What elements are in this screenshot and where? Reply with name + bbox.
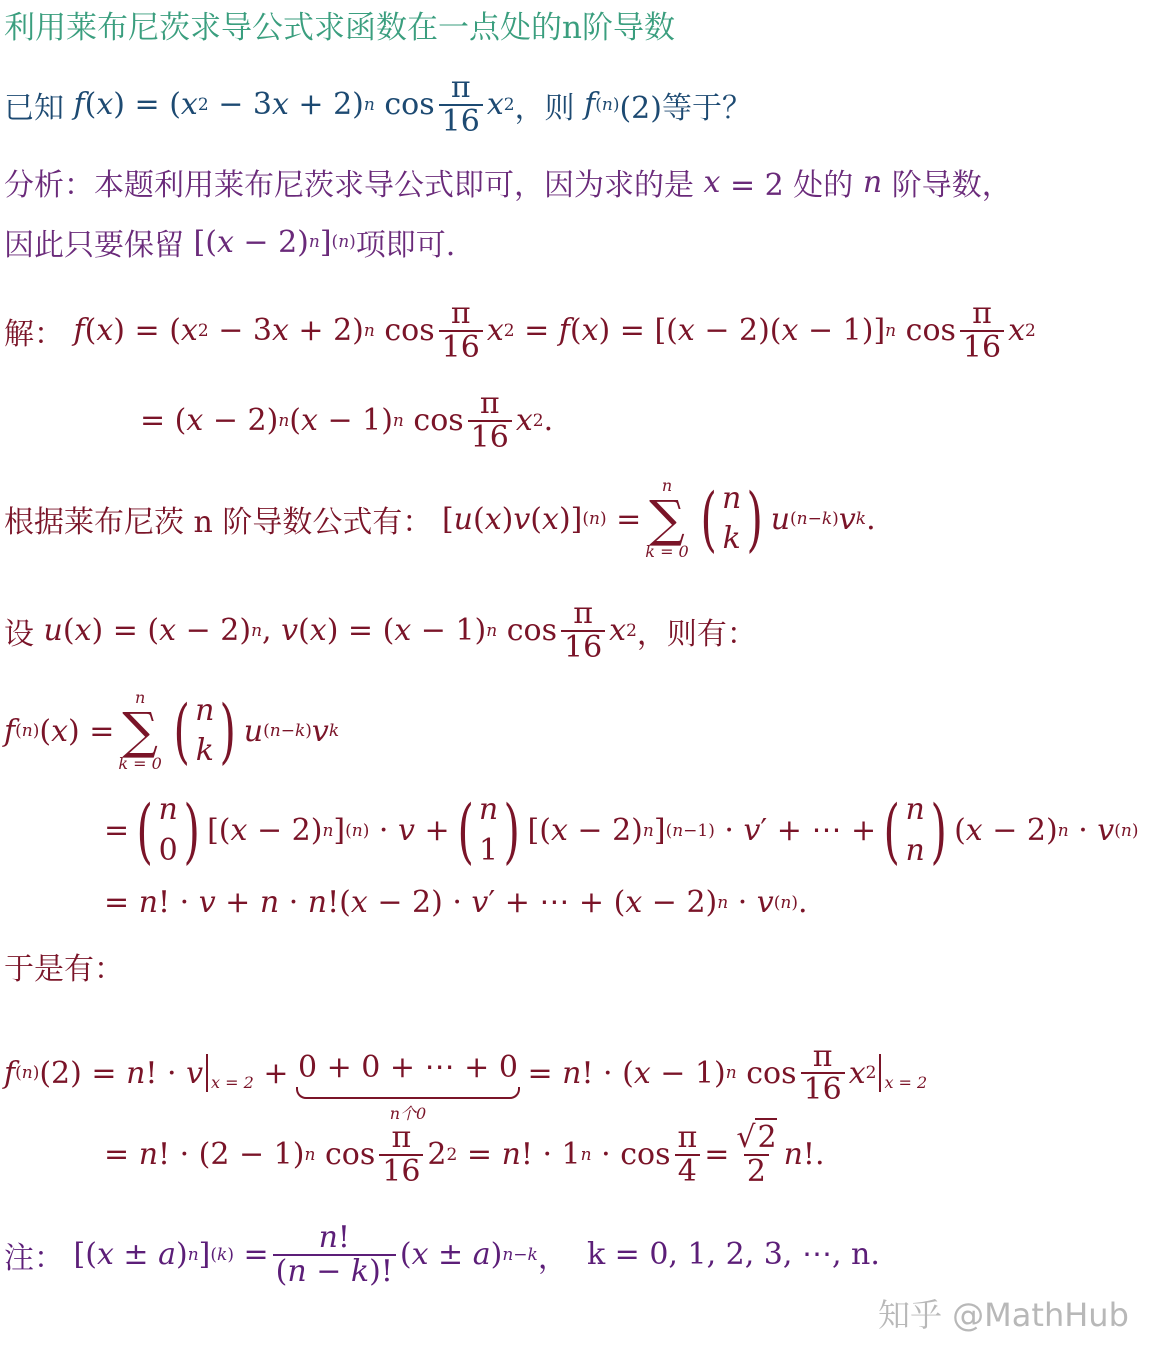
- solution-label: 解：: [4, 309, 64, 353]
- leibniz-prefix: 根据莱布尼茨 n 阶导数公式有：: [4, 497, 432, 541]
- eval-label: x = 2: [211, 1073, 254, 1092]
- derivation-line-1: f(n)(x) = n∑k = 0 (nk) u(n−k)vk: [4, 690, 339, 772]
- evaluation-bar: x = 2: [206, 1054, 254, 1092]
- fraction-pi-4: π4: [674, 1122, 700, 1187]
- fraction-pi-16: π16: [561, 598, 605, 663]
- conclusion-label-text: 于是有：: [4, 944, 124, 988]
- solution-line-1: 解： f(x) = (x2 − 3x + 2)n cos π16 x2 = f(…: [4, 298, 1036, 363]
- sum-lower: k = 0: [645, 544, 688, 560]
- watermark: 知乎 @MathHub: [878, 1290, 1129, 1336]
- frac-den: 16: [439, 104, 483, 138]
- note-line: 注： [(x ± a)n](k) = n!(n − k)! (x ± a)n−k…: [4, 1222, 880, 1287]
- conclusion-line-1: f(n)(2) = n! · v x = 2 + 0 + 0 + ⋯ + 0 n…: [4, 1022, 927, 1124]
- analysis-line-2: 因此只要保留 [(x − 2)n](n) 项即可.: [4, 220, 455, 264]
- note-range: k = 0, 1, 2, 3, ⋯, n.: [587, 1237, 880, 1272]
- derivation-line-3: = n! · v + n · n!(x − 2) · v′ + ⋯ + (x −…: [104, 885, 808, 920]
- derivation-line-2: = (n0) [(x − 2)n](n) · v + (n1) [(x − 2)…: [104, 790, 1138, 871]
- problem-statement: 已知 f(x) = (x2 − 3x + 2)n cos π 16 x2，则 f…: [4, 72, 752, 137]
- binomial-n-k: (nk): [168, 691, 242, 772]
- summation-symbol: n∑k = 0: [118, 690, 161, 772]
- title-text: 利用莱布尼茨求导公式求函数在一点处的n阶导数: [4, 2, 675, 47]
- evaluation-bar: x = 2: [879, 1054, 927, 1092]
- note-label: 注：: [4, 1233, 64, 1277]
- conclusion-line-2: = n! · (2 − 1)n cos π16 22 = n! · 1n · c…: [104, 1122, 824, 1187]
- fraction-sqrt2-2: √22: [733, 1122, 779, 1187]
- binomial-n-0: (n0): [131, 790, 205, 871]
- frac-num: π: [448, 72, 474, 104]
- binomial-n-1: (n1): [452, 790, 526, 871]
- solution-line-2: = (x − 2)n(x − 1)n cos π16 x2.: [140, 388, 553, 453]
- fraction-pi-16: π16: [439, 298, 483, 363]
- binomial-n-n: (nn): [878, 790, 952, 871]
- fraction-pi-16: π16: [379, 1122, 423, 1187]
- fraction-pi-16: π 16: [439, 72, 483, 137]
- fraction-pi-16: π16: [801, 1041, 845, 1106]
- fraction-pi-16: π16: [468, 388, 512, 453]
- underbrace-zeros: 0 + 0 + ⋯ + 0 n个0: [298, 1050, 518, 1124]
- leibniz-formula-line: 根据莱布尼茨 n 阶导数公式有： [u(x)v(x)](n) = n ∑ k =…: [4, 478, 876, 560]
- analysis-suffix: 项即可.: [356, 220, 456, 264]
- watermark-text: 知乎 @MathHub: [878, 1296, 1129, 1334]
- page-title: 利用莱布尼茨求导公式求函数在一点处的n阶导数: [4, 2, 675, 47]
- binomial-n-k: (nk): [695, 479, 769, 560]
- analysis-line-1: 分析：本题利用莱布尼茨求导公式即可，因为求的是 x = 2 处的 n 阶导数，: [4, 160, 1012, 204]
- fraction-pi-16: π16: [960, 298, 1004, 363]
- conclusion-label: 于是有：: [4, 944, 124, 988]
- problem-prefix: 已知: [4, 83, 64, 127]
- analysis-prefix: 因此只要保留: [4, 220, 184, 264]
- setup-line: 设 u(x) = (x − 2)n, v(x) = (x − 1)n cos π…: [4, 598, 757, 663]
- summation-symbol: n ∑ k = 0: [645, 478, 688, 560]
- fraction-factorial: n!(n − k)!: [273, 1222, 396, 1287]
